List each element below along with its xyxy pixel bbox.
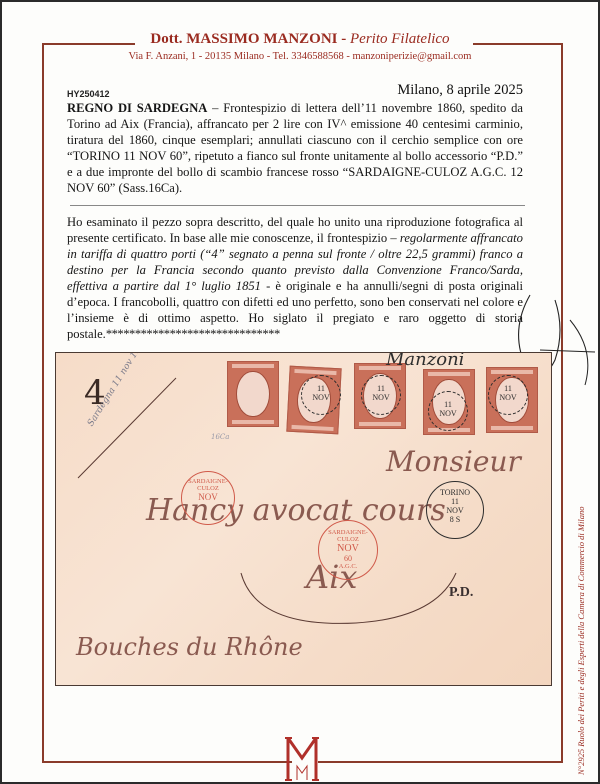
certificate-reference: HY250412 (67, 89, 110, 99)
expert-opinion: Ho esaminato il pezzo sopra descritto, d… (67, 214, 523, 342)
place-date: Milano, 8 aprile 2025 (397, 82, 523, 99)
pd-marking: P.D. (449, 585, 473, 601)
red-exchange-postmark-left: SARDAIGNE-CULOZNOV (181, 471, 235, 525)
torino-postmark-cover: TORINO11NOV8 S (426, 481, 484, 539)
opinion-stars: ****************************** (106, 327, 280, 341)
cover-photo: 11NOV 11NOV 11NOV 11NOV 4 Sardegna 11 no… (55, 352, 552, 686)
torino-cancel-1: 11NOV (301, 375, 341, 415)
destination-department: Bouches du Rhône (76, 633, 303, 661)
expert-name: Dott. MASSIMO MANZONI (150, 31, 337, 47)
frame-border-bottom-left (42, 761, 292, 763)
monogram-logo-icon (285, 736, 319, 782)
torino-cancel-4: 11NOV (488, 375, 528, 415)
torino-cancel-2: 11NOV (361, 375, 401, 415)
registry-note: N°2925 Ruolo dei Periti e degli Esperti … (576, 507, 586, 775)
description-body: – Frontespizio di lettera dell’11 novemb… (67, 101, 523, 195)
red-exchange-postmark-center: SARDAIGNE-CULOZNOV60A.G.C. (318, 520, 378, 580)
signature-top: Manzoni (386, 352, 464, 370)
expert-role: Perito Filatelico (350, 31, 450, 47)
frame-border-left (42, 43, 44, 762)
header-separator: - (338, 31, 351, 47)
description-title: REGNO DI SARDEGNA (67, 101, 207, 115)
pencil-catalog-note: 16Ca (211, 433, 229, 441)
section-divider (70, 205, 525, 206)
item-description: REGNO DI SARDEGNA – Frontespizio di lett… (67, 100, 523, 196)
expert-header: Dott. MASSIMO MANZONI - Perito Filatelic… (0, 31, 600, 48)
stamp-1 (227, 361, 279, 427)
expert-address: Via F. Anzani, 1 - 20135 Milano - Tel. 3… (0, 51, 600, 62)
frame-border-right (561, 43, 563, 762)
salutation: Monsieur (386, 445, 521, 478)
torino-cancel-3: 11NOV (428, 391, 468, 431)
frame-border-bottom-right (318, 761, 563, 763)
